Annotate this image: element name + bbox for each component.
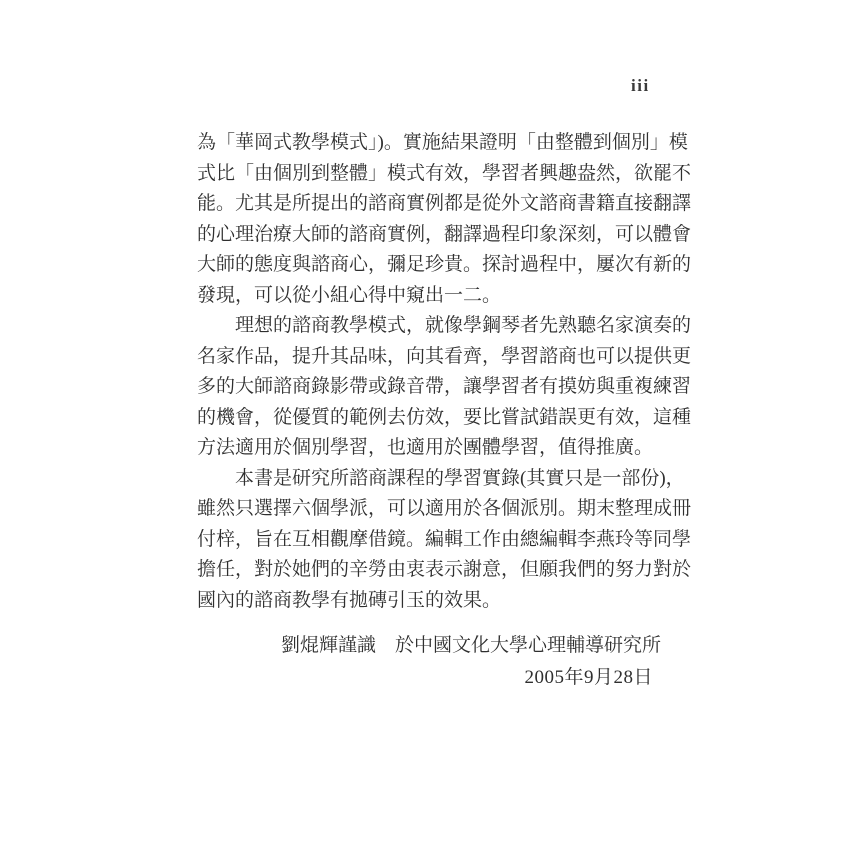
text-line paragraph-end: 國內的諮商教學有拋磚引玉的效果。: [197, 586, 691, 617]
text-line paragraph-start: 理想的諮商教學模式，就像學鋼琴者先熟聽名家演奏的: [197, 311, 691, 342]
text-line: 多的大師諮商錄影帶或錄音帶，讓學習者有摸妨與重複練習: [197, 372, 691, 403]
page-number: iii: [631, 76, 650, 96]
book-page: iii 為「華岡式教學模式」)。實施結果證明「由整體到個別」模 式比「由個別到整…: [0, 0, 850, 850]
text-line: 雖然只選擇六個學派，可以適用於各個派別。期末整理成冊: [197, 494, 691, 525]
text-line: 能。尤其是所提出的諮商實例都是從外文諮商書籍直接翻譯: [197, 189, 691, 220]
text-line: 為「華岡式教學模式」)。實施結果證明「由整體到個別」模: [197, 128, 691, 159]
author-signature-line: 劉焜輝謹識 於中國文化大學心理輔導研究所: [197, 633, 661, 659]
text-line paragraph-end: 方法適用於個別學習，也適用於團體學習，值得推廣。: [197, 433, 691, 464]
date-line: 2005年9月28日: [197, 665, 653, 691]
text-line: 式比「由個別到整體」模式有效，學習者興趣盎然，欲罷不: [197, 159, 691, 190]
text-line: 的心理治療大師的諮商實例，翻譯過程印象深刻，可以體會: [197, 220, 691, 251]
text-line paragraph-start: 本書是研究所諮商課程的學習實錄(其實只是一部份)，: [197, 464, 691, 495]
text-line: 擔任，對於她們的辛勞由衷表示謝意，但願我們的努力對於: [197, 555, 691, 586]
preface-text-block: 為「華岡式教學模式」)。實施結果證明「由整體到個別」模 式比「由個別到整體」模式…: [197, 128, 691, 616]
text-line paragraph-end: 發現，可以從小組心得中窺出一二。: [197, 281, 691, 312]
text-line: 大師的態度與諮商心，彌足珍貴。探討過程中，屢次有新的: [197, 250, 691, 281]
text-line: 名家作品，提升其品味，向其看齊，學習諮商也可以提供更: [197, 342, 691, 373]
text-line: 付梓，旨在互相觀摩借鏡。編輯工作由總編輯李燕玲等同學: [197, 525, 691, 556]
text-line: 的機會，從優質的範例去仿效，要比嘗試錯誤更有效，這種: [197, 403, 691, 434]
